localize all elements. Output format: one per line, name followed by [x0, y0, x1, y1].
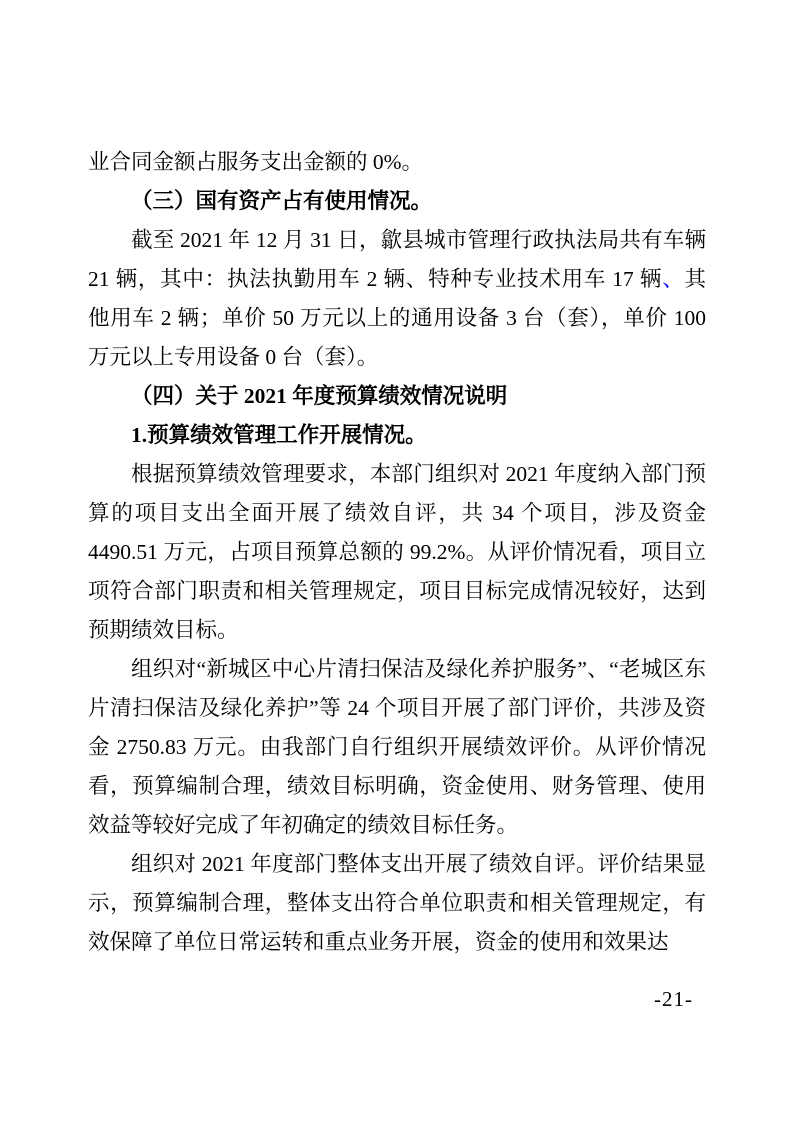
page-number: -21-	[654, 986, 693, 1012]
heading-section-4-budget-performance: （四）关于 2021 年度预算绩效情况说明	[88, 377, 706, 416]
paragraph-department-evaluation: 组织对“新城区中心片清扫保洁及绿化养护服务”、“老城区东片清扫保洁及绿化养护”等…	[88, 650, 706, 845]
heading-subsection-1-performance-management: 1.预算绩效管理工作开展情况。	[88, 416, 706, 455]
assets-blue-separator: 、	[662, 267, 684, 291]
paragraph-project-self-evaluation: 根据预算绩效管理要求，本部门组织对 2021 年度纳入部门预算的项目支出全面开展…	[88, 455, 706, 650]
assets-text-part1: 截至 2021 年 12 月 31 日，歙县城市管理行政执法局共有车辆 21 辆…	[88, 228, 706, 291]
heading-section-3-state-assets: （三）国有资产占有使用情况。	[88, 182, 706, 221]
paragraph-state-assets: 截至 2021 年 12 月 31 日，歙县城市管理行政执法局共有车辆 21 辆…	[88, 221, 706, 377]
document-page: 业合同金额占服务支出金额的 0%。 （三）国有资产占有使用情况。 截至 2021…	[0, 0, 793, 1122]
paragraph-contract-amount-continuation: 业合同金额占服务支出金额的 0%。	[88, 143, 706, 182]
paragraph-overall-expenditure-evaluation: 组织对 2021 年度部门整体支出开展了绩效自评。评价结果显示，预算编制合理，整…	[88, 845, 706, 962]
